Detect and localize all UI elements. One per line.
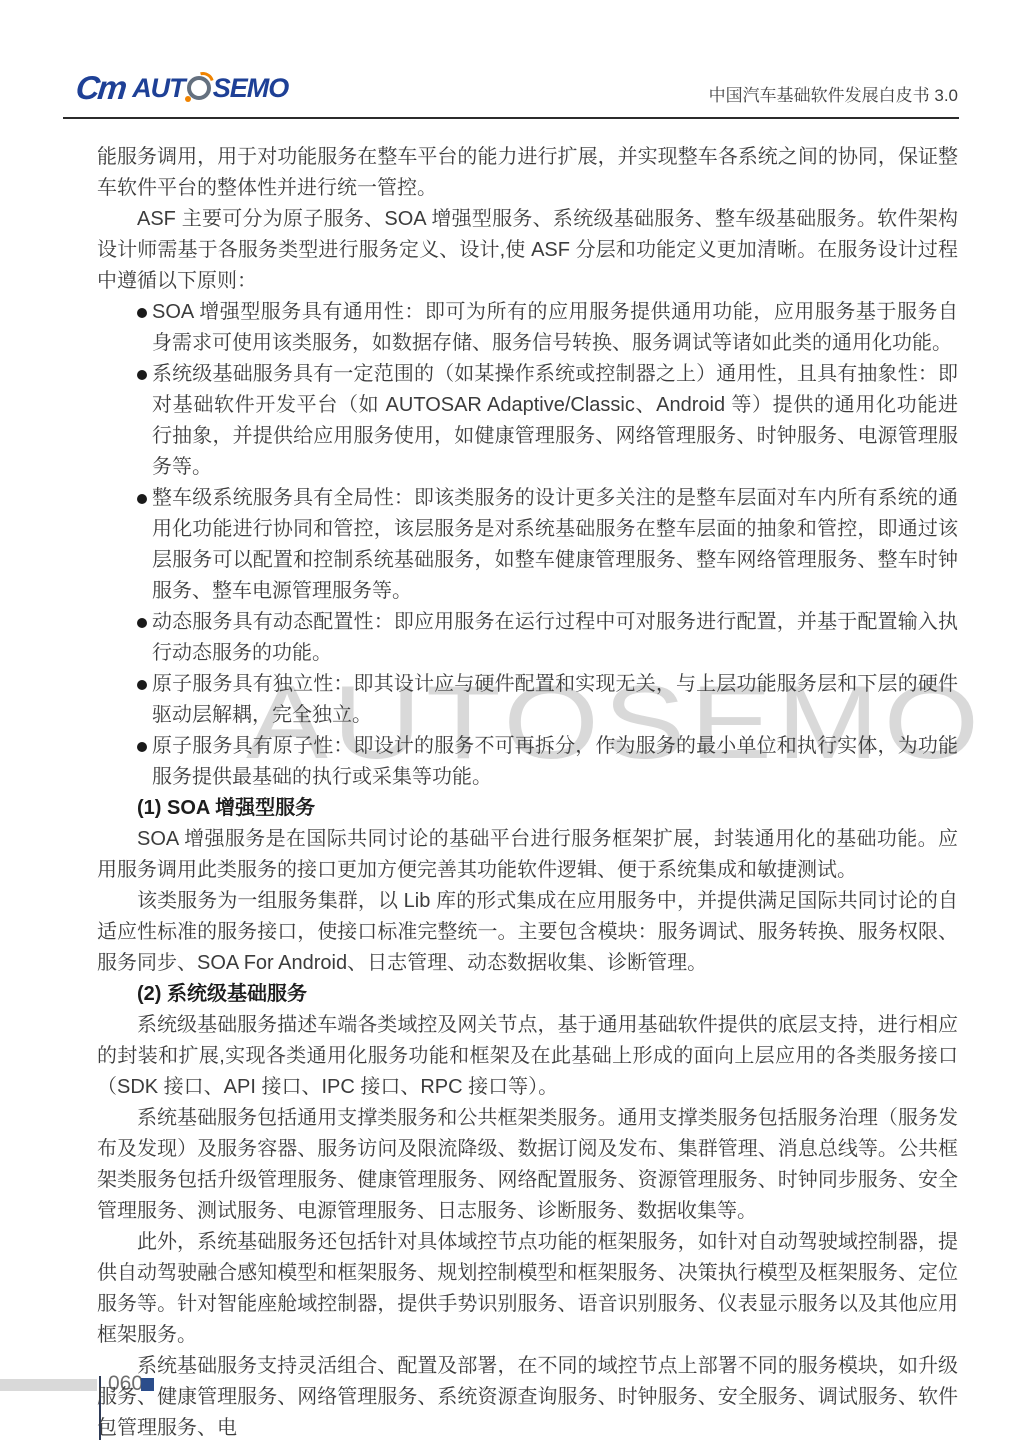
paragraph: SOA 增强服务是在国际共同讨论的基础平台进行服务框架扩展，封装通用化的基础功能… [97, 824, 958, 886]
paragraph: 能服务调用，用于对功能服务在整车平台的能力进行扩展，并实现整车各系统之间的协同，… [97, 142, 958, 204]
bullet-icon [137, 494, 147, 504]
list-item: 系统级基础服务具有一定范围的（如某操作系统或控制器之上）通用性，且具有抽象性：即… [97, 359, 958, 483]
logo-wordmark: AUT SEMO [132, 73, 288, 104]
principles-list: SOA 增强型服务具有通用性：即可为所有的应用服务提供通用功能，应用服务基于服务… [97, 297, 958, 793]
document-page: Cm AUT SEMO 中国汽车基础软件发展白皮书 3.0 AUTOSEMO 能… [0, 0, 1019, 1440]
list-item-text: 原子服务具有独立性：即其设计应与硬件配置和实现无关，与上层功能服务层和下层的硬件… [152, 673, 958, 726]
list-item-text: 整车级系统服务具有全局性：即该类服务的设计更多关注的是整车层面对车内所有系统的通… [152, 487, 958, 602]
autosemo-logo: Cm AUT SEMO [76, 68, 288, 108]
list-item: SOA 增强型服务具有通用性：即可为所有的应用服务提供通用功能，应用服务基于服务… [97, 297, 958, 359]
list-item-text: 原子服务具有原子性：即设计的服务不可再拆分，作为服务的最小单位和执行实体，为功能… [152, 735, 958, 788]
list-item: 原子服务具有独立性：即其设计应与硬件配置和实现无关，与上层功能服务层和下层的硬件… [97, 669, 958, 731]
paragraph: 此外，系统基础服务还包括针对具体域控节点功能的框架服务，如针对自动驾驶域控制器，… [97, 1227, 958, 1351]
paragraph: 系统基础服务支持灵活组合、配置及部署，在不同的域控节点上部署不同的服务模块，如升… [97, 1351, 958, 1440]
section-heading-soa: (1) SOA 增强型服务 [97, 793, 958, 824]
list-item-text: 系统级基础服务具有一定范围的（如某操作系统或控制器之上）通用性，且具有抽象性：即… [152, 363, 958, 478]
list-item: 原子服务具有原子性：即设计的服务不可再拆分，作为服务的最小单位和执行实体，为功能… [97, 731, 958, 793]
logo-text-aut: AUT [132, 73, 185, 104]
logo-text-semo: SEMO [213, 73, 289, 104]
bullet-icon [137, 370, 147, 380]
section-heading-system: (2) 系统级基础服务 [97, 979, 958, 1010]
footer-gray-bar [0, 1379, 97, 1391]
logo-cm-monogram: Cm [74, 69, 127, 107]
list-item: 整车级系统服务具有全局性：即该类服务的设计更多关注的是整车层面对车内所有系统的通… [97, 483, 958, 607]
header-doc-title: 中国汽车基础软件发展白皮书 3.0 [709, 81, 958, 106]
paragraph: 系统基础服务包括通用支撑类服务和公共框架类服务。通用支撑类服务包括服务治理（服务… [97, 1103, 958, 1227]
bullet-icon [137, 618, 147, 628]
list-item-text: 动态服务具有动态配置性：即应用服务在运行过程中可对服务进行配置，并基于配置输入执… [152, 611, 958, 664]
header-divider [63, 117, 959, 119]
bullet-icon [137, 680, 147, 690]
page-body: 能服务调用，用于对功能服务在整车平台的能力进行扩展，并实现整车各系统之间的协同，… [97, 142, 958, 1440]
logo-globe-icon [187, 76, 211, 100]
list-item-text: SOA 增强型服务具有通用性：即可为所有的应用服务提供通用功能，应用服务基于服务… [152, 301, 958, 354]
list-item: 动态服务具有动态配置性：即应用服务在运行过程中可对服务进行配置，并基于配置输入执… [97, 607, 958, 669]
paragraph: 系统级基础服务描述车端各类域控及网关节点，基于通用基础软件提供的底层支持，进行相… [97, 1010, 958, 1103]
paragraph: ASF 主要可分为原子服务、SOA 增强型服务、系统级基础服务、整车级基础服务。… [97, 204, 958, 297]
paragraph: 该类服务为一组服务集群，以 Lib 库的形式集成在应用服务中，并提供满足国际共同… [97, 886, 958, 979]
bullet-icon [137, 308, 147, 318]
bullet-icon [137, 742, 147, 752]
